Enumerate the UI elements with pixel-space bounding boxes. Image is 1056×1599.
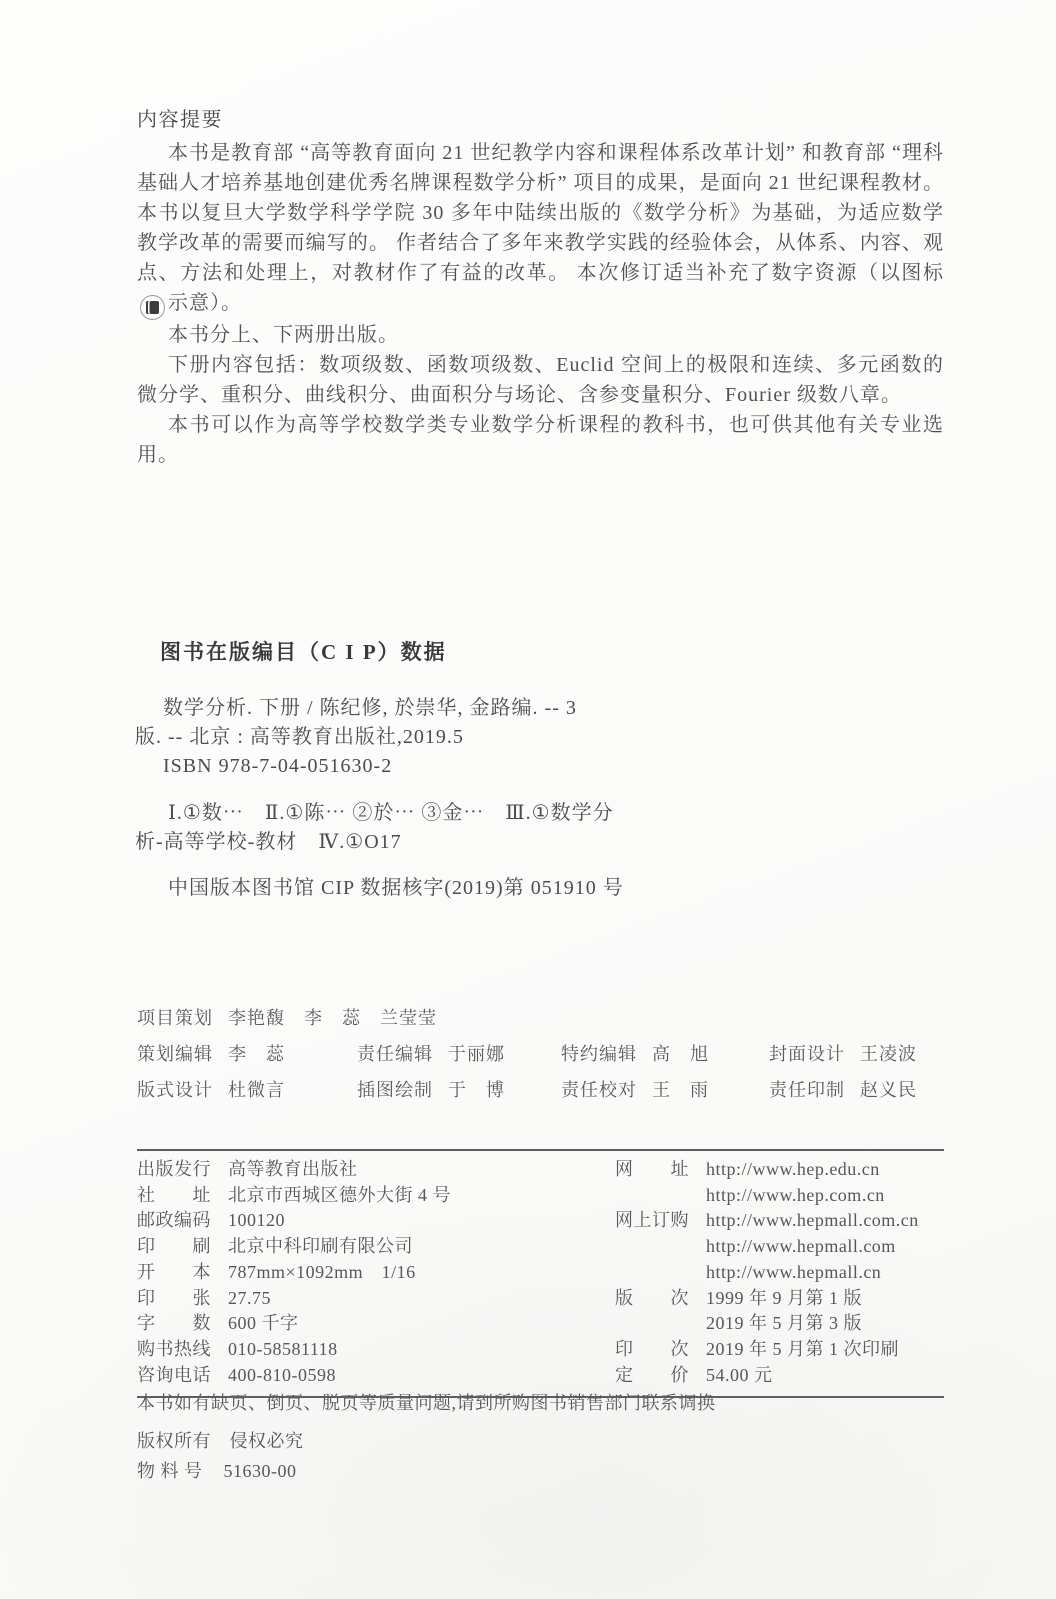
summary-paragraph-1-tail: 示意）。 <box>168 292 242 314</box>
colophon-value: 010-58581118 <box>228 1337 615 1363</box>
credit-layout-design: 版式设计 杜微言 <box>137 1076 357 1102</box>
credit-label: 特约编辑 <box>561 1040 637 1066</box>
colophon-row-hotline: 购书热线 010-58581118 印 次 2019 年 5 月第 1 次印刷 <box>137 1337 944 1363</box>
credit-proofreading: 责任校对 王 雨 <box>561 1076 769 1102</box>
credit-cover-design: 封面设计 王凌波 <box>769 1040 917 1066</box>
copyright-notice: 版权所有 侵权必究 <box>137 1428 304 1454</box>
colophon-label <box>615 1183 693 1209</box>
credits-row-2: 策划编辑 李 蕊 责任编辑 于丽娜 特约编辑 高 旭 封面设计 王凌波 <box>137 1035 944 1071</box>
colophon-label: 印 次 <box>615 1337 693 1363</box>
colophon-value: 54.00 元 <box>706 1363 944 1389</box>
colophon-label: 版 次 <box>615 1286 693 1312</box>
colophon-value: 600 千字 <box>228 1311 615 1337</box>
colophon-label: 社 址 <box>137 1183 215 1209</box>
colophon-value: 2019 年 5 月第 1 次印刷 <box>706 1337 944 1363</box>
colophon-label: 网 址 <box>615 1157 693 1183</box>
colophon-row-address: 社 址 北京市西城区德外大街 4 号 http://www.hep.com.cn <box>137 1183 944 1209</box>
credit-label: 项目策划 <box>137 1004 213 1030</box>
quality-notice: 本书如有缺页、倒页、脱页等质量问题,请到所购图书销售部门联系调换 <box>137 1390 716 1416</box>
cip-record-number: 中国版本图书馆 CIP 数据核字(2019)第 051910 号 <box>168 874 935 903</box>
cip-heading: 图书在版编目（C I P）数据 <box>160 637 935 667</box>
colophon-value: 北京中科印刷有限公司 <box>228 1234 615 1260</box>
credit-print-production: 责任印制 赵义民 <box>769 1076 917 1102</box>
colophon-row-publisher: 出版发行 高等教育出版社 网 址 http://www.hep.edu.cn <box>137 1157 944 1183</box>
credit-illustration: 插图绘制 于 博 <box>357 1076 561 1102</box>
credit-planning-editor: 策划编辑 李 蕊 <box>137 1040 357 1066</box>
colophon-value-url: http://www.hep.edu.cn <box>706 1157 944 1183</box>
colophon-value: 2019 年 5 月第 3 版 <box>706 1311 944 1337</box>
colophon-value-url: http://www.hepmall.com <box>706 1234 944 1260</box>
credit-project-planning: 项目策划 李艳馥 李 蕊 兰莹莹 <box>137 1004 437 1030</box>
colophon-value: 1999 年 9 月第 1 版 <box>706 1286 944 1312</box>
credit-names: 李 蕊 <box>228 1040 285 1066</box>
colophon-label: 印 张 <box>137 1286 215 1312</box>
colophon-label: 定 价 <box>615 1363 693 1389</box>
colophon-label: 咨询电话 <box>137 1363 215 1389</box>
summary-paragraph-1-text: 本书是教育部 “高等教育面向 21 世纪教学内容和课程体系改革计划” 和教育部 … <box>137 142 944 284</box>
cip-classification-line-2: 析-高等学校-教材 Ⅳ.①O17 <box>135 828 935 857</box>
colophon-label <box>615 1311 693 1337</box>
credit-label: 插图绘制 <box>357 1076 433 1102</box>
colophon-label: 开 本 <box>137 1260 215 1286</box>
colophon-label: 出版发行 <box>137 1157 215 1183</box>
credit-names: 于 博 <box>448 1076 505 1102</box>
summary-paragraph-3: 下册内容包括：数项级数、函数项级数、Euclid 空间上的极限和连续、多元函数的… <box>137 350 944 410</box>
credit-label: 策划编辑 <box>137 1040 213 1066</box>
credit-names: 李艳馥 李 蕊 兰莹莹 <box>228 1004 437 1030</box>
credits-section: 项目策划 李艳馥 李 蕊 兰莹莹 策划编辑 李 蕊 责任编辑 于丽娜 特约编辑 … <box>137 999 944 1107</box>
material-number-value: 51630-00 <box>224 1461 297 1481</box>
credit-special-editor: 特约编辑 高 旭 <box>561 1040 769 1066</box>
colophon-value-url: http://www.hep.com.cn <box>706 1183 944 1209</box>
summary-paragraph-4: 本书可以作为高等学校数学类专业数学分析课程的教科书，也可供其他有关专业选用。 <box>137 410 944 470</box>
colophon-value: 27.75 <box>228 1286 615 1312</box>
cip-isbn: ISBN 978-7-04-051630-2 <box>163 752 935 781</box>
colophon-value-url: http://www.hepmall.cn <box>706 1260 944 1286</box>
cip-classification: Ⅰ.①数⋯ Ⅱ.①陈⋯ ②於⋯ ③金⋯ Ⅲ.①数学分 析-高等学校-教材 Ⅳ.①… <box>135 799 935 857</box>
colophon-value: 100120 <box>228 1208 615 1234</box>
credit-names: 王 雨 <box>652 1076 709 1102</box>
credit-label: 责任校对 <box>561 1076 637 1102</box>
colophon-label <box>615 1260 693 1286</box>
content-summary-section: 内容提要 本书是教育部 “高等教育面向 21 世纪教学内容和课程体系改革计划” … <box>137 105 944 470</box>
book-copyright-page: 内容提要 本书是教育部 “高等教育面向 21 世纪教学内容和课程体系改革计划” … <box>0 0 1056 1599</box>
credit-responsible-editor: 责任编辑 于丽娜 <box>357 1040 561 1066</box>
digital-resource-icon <box>140 295 165 320</box>
credit-label: 版式设计 <box>137 1076 213 1102</box>
colophon-value-url: http://www.hepmall.com.cn <box>706 1208 944 1234</box>
colophon-row-format: 开 本 787mm×1092mm 1/16 http://www.hepmall… <box>137 1260 944 1286</box>
credits-row-3: 版式设计 杜微言 插图绘制 于 博 责任校对 王 雨 责任印制 赵义民 <box>137 1071 944 1107</box>
credit-label: 责任编辑 <box>357 1040 433 1066</box>
colophon-row-sheets: 印 张 27.75 版 次 1999 年 9 月第 1 版 <box>137 1286 944 1312</box>
material-number: 物 料 号 51630-00 <box>137 1458 297 1484</box>
colophon-row-printer: 印 刷 北京中科印刷有限公司 http://www.hepmall.com <box>137 1234 944 1260</box>
colophon-value: 787mm×1092mm 1/16 <box>228 1260 615 1286</box>
credits-row-1: 项目策划 李艳馥 李 蕊 兰莹莹 <box>137 999 944 1035</box>
cip-record: 数学分析. 下册 / 陈纪修, 於崇华, 金路编. -- 3 版. -- 北京 … <box>135 694 935 781</box>
cip-record-line-1: 数学分析. 下册 / 陈纪修, 於崇华, 金路编. -- 3 <box>163 694 935 723</box>
credit-names: 高 旭 <box>652 1040 709 1066</box>
colophon-label: 字 数 <box>137 1311 215 1337</box>
credit-names: 赵义民 <box>860 1076 917 1102</box>
colophon-label: 网上订购 <box>615 1208 693 1234</box>
colophon-value: 400-810-0598 <box>228 1363 615 1389</box>
cip-record-line-2: 版. -- 北京 : 高等教育出版社,2019.5 <box>135 723 935 752</box>
colophon-label: 购书热线 <box>137 1337 215 1363</box>
colophon-value: 高等教育出版社 <box>228 1157 615 1183</box>
colophon-row-postcode: 邮政编码 100120 网上订购 http://www.hepmall.com.… <box>137 1208 944 1234</box>
colophon-value: 北京市西城区德外大街 4 号 <box>228 1183 615 1209</box>
cip-section: 图书在版编目（C I P）数据 数学分析. 下册 / 陈纪修, 於崇华, 金路编… <box>135 637 935 903</box>
digital-resource-icon-glyph <box>146 301 159 314</box>
material-number-label: 物 料 号 <box>137 1461 203 1481</box>
credit-names: 杜微言 <box>228 1076 285 1102</box>
colophon-label: 邮政编码 <box>137 1208 215 1234</box>
summary-paragraph-2: 本书分上、下两册出版。 <box>137 320 944 350</box>
colophon-label: 印 刷 <box>137 1234 215 1260</box>
cip-classification-line-1: Ⅰ.①数⋯ Ⅱ.①陈⋯ ②於⋯ ③金⋯ Ⅲ.①数学分 <box>168 799 935 828</box>
colophon-row-wordcount: 字 数 600 千字 2019 年 5 月第 3 版 <box>137 1311 944 1337</box>
colophon-row-phone: 咨询电话 400-810-0598 定 价 54.00 元 <box>137 1363 944 1389</box>
colophon-table: 出版发行 高等教育出版社 网 址 http://www.hep.edu.cn 社… <box>137 1149 944 1398</box>
colophon-label <box>615 1234 693 1260</box>
summary-paragraph-1: 本书是教育部 “高等教育面向 21 世纪教学内容和课程体系改革计划” 和教育部 … <box>137 138 944 320</box>
credit-names: 王凌波 <box>860 1040 917 1066</box>
credit-label: 封面设计 <box>769 1040 845 1066</box>
credit-label: 责任印制 <box>769 1076 845 1102</box>
credit-names: 于丽娜 <box>448 1040 505 1066</box>
summary-title: 内容提要 <box>137 105 944 135</box>
